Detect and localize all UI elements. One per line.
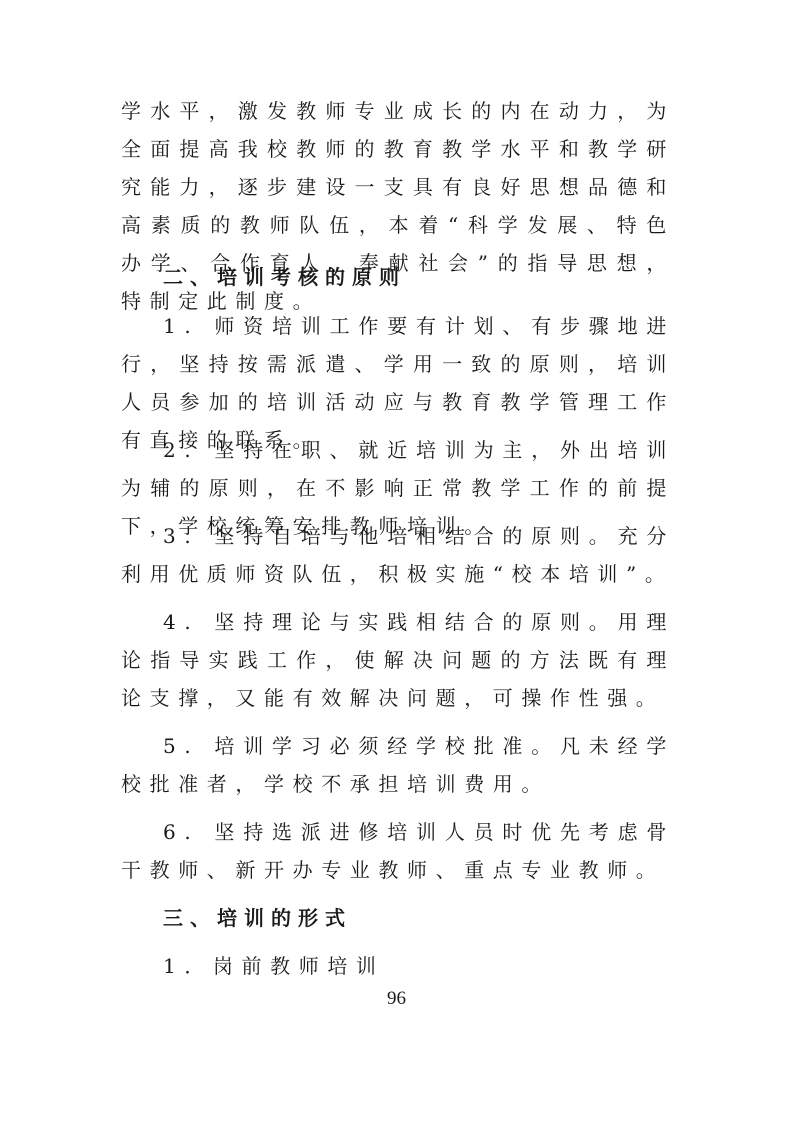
principle-item-text: 6. 坚持选派进修培训人员时优先考虑骨干教师、新开办专业教师、重点专业教师。 xyxy=(121,813,675,889)
section-heading-principles: 二、培训考核的原则 xyxy=(163,258,406,296)
principle-item-text: 5. 培训学习必须经学校批准。凡未经学校批准者，学校不承担培训费用。 xyxy=(121,727,675,803)
page-number: 96 xyxy=(0,988,793,1010)
document-page: 学水平，激发教师专业成长的内在动力，为全面提高我校教师的教育教学水平和教学研究能… xyxy=(0,0,793,1122)
principle-item-text: 4. 坚持理论与实践相结合的原则。用理论指导实践工作，使解决问题的方法既有理论支… xyxy=(121,603,675,717)
principle-item-6: 6. 坚持选派进修培训人员时优先考虑骨干教师、新开办专业教师、重点专业教师。 xyxy=(121,813,675,889)
sub-item-pre-job-training: 1．岗前教师培训 xyxy=(163,947,385,985)
principle-item-5: 5. 培训学习必须经学校批准。凡未经学校批准者，学校不承担培训费用。 xyxy=(121,727,675,803)
principle-item-4: 4. 坚持理论与实践相结合的原则。用理论指导实践工作，使解决问题的方法既有理论支… xyxy=(121,603,675,717)
principle-item-text: 3. 坚持自培与他培相结合的原则。充分利用优质师资队伍，积极实施“校本培训”。 xyxy=(121,517,675,593)
section-heading-training-forms: 三、培训的形式 xyxy=(163,899,352,937)
principle-item-3: 3. 坚持自培与他培相结合的原则。充分利用优质师资队伍，积极实施“校本培训”。 xyxy=(121,517,675,593)
